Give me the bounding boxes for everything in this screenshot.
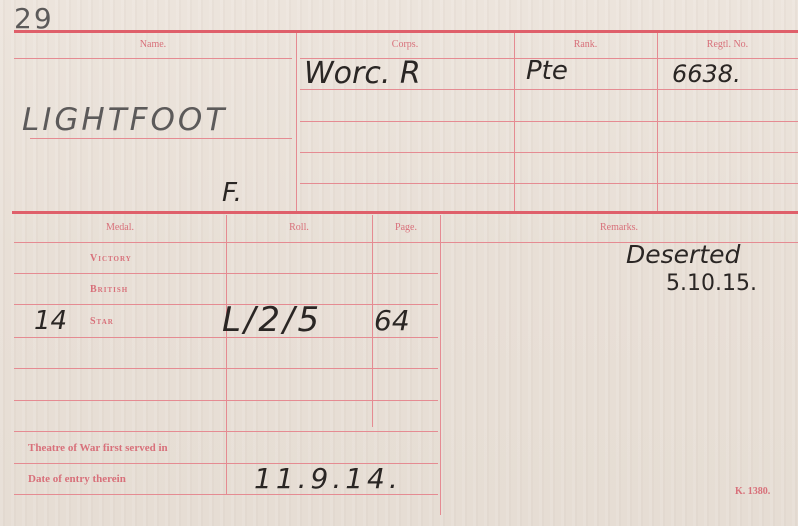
entry-date-value: 11.9.14. bbox=[254, 462, 402, 495]
divider-medal-roll bbox=[226, 215, 227, 495]
medal-name-victory: Victory bbox=[90, 253, 132, 264]
remarks-line-2: 5.10.15. bbox=[666, 271, 757, 296]
initial-value: F. bbox=[222, 178, 242, 208]
theatre-label: Theatre of War first served in bbox=[28, 442, 168, 454]
divider-roll-page bbox=[372, 215, 373, 427]
divider-page-remarks bbox=[440, 215, 441, 515]
row-line-3 bbox=[300, 152, 798, 153]
header-underline-name bbox=[14, 58, 292, 59]
medal-label: Medal. bbox=[14, 222, 226, 233]
page-label: Page. bbox=[372, 222, 440, 233]
medal-row-line-4 bbox=[14, 368, 438, 369]
star-roll-value: L/2/5 bbox=[222, 300, 322, 340]
medal-name-star: Star bbox=[90, 316, 114, 327]
name-line bbox=[30, 138, 292, 139]
medal-index-card: 29 Name. Corps. Rank. Regtl. No. LIGHTFO… bbox=[0, 0, 798, 526]
corps-value: Worc. R bbox=[304, 56, 421, 91]
divider-name-corps bbox=[296, 33, 297, 211]
corps-label: Corps. bbox=[296, 39, 514, 50]
remarks-label: Remarks. bbox=[440, 222, 798, 233]
entry-date-label: Date of entry therein bbox=[28, 473, 126, 485]
row-line-4 bbox=[300, 183, 798, 184]
divider-corps-rank bbox=[514, 33, 515, 211]
form-code: K. 1380. bbox=[735, 486, 770, 497]
row-line-2 bbox=[300, 121, 798, 122]
regt-no-label: Regtl. No. bbox=[657, 39, 798, 50]
regt-no-value: 6638. bbox=[672, 60, 741, 88]
medal-top-rule bbox=[12, 211, 798, 214]
divider-rank-regt bbox=[657, 33, 658, 211]
roll-label: Roll. bbox=[226, 222, 372, 233]
remarks-line-1: Deserted bbox=[626, 240, 740, 269]
star-prefix-value: 14 bbox=[34, 306, 67, 336]
medal-name-british: British bbox=[90, 284, 128, 295]
medal-row-line-5 bbox=[14, 400, 438, 401]
name-label: Name. bbox=[14, 39, 292, 50]
surname-value: LIGHTFOOT bbox=[22, 102, 227, 138]
medal-row-line-6 bbox=[14, 431, 438, 432]
top-rule bbox=[14, 30, 798, 33]
rank-value: Pte bbox=[526, 56, 568, 86]
star-page-value: 64 bbox=[374, 304, 410, 337]
medal-row-line-1 bbox=[14, 273, 438, 274]
rank-label: Rank. bbox=[514, 39, 657, 50]
